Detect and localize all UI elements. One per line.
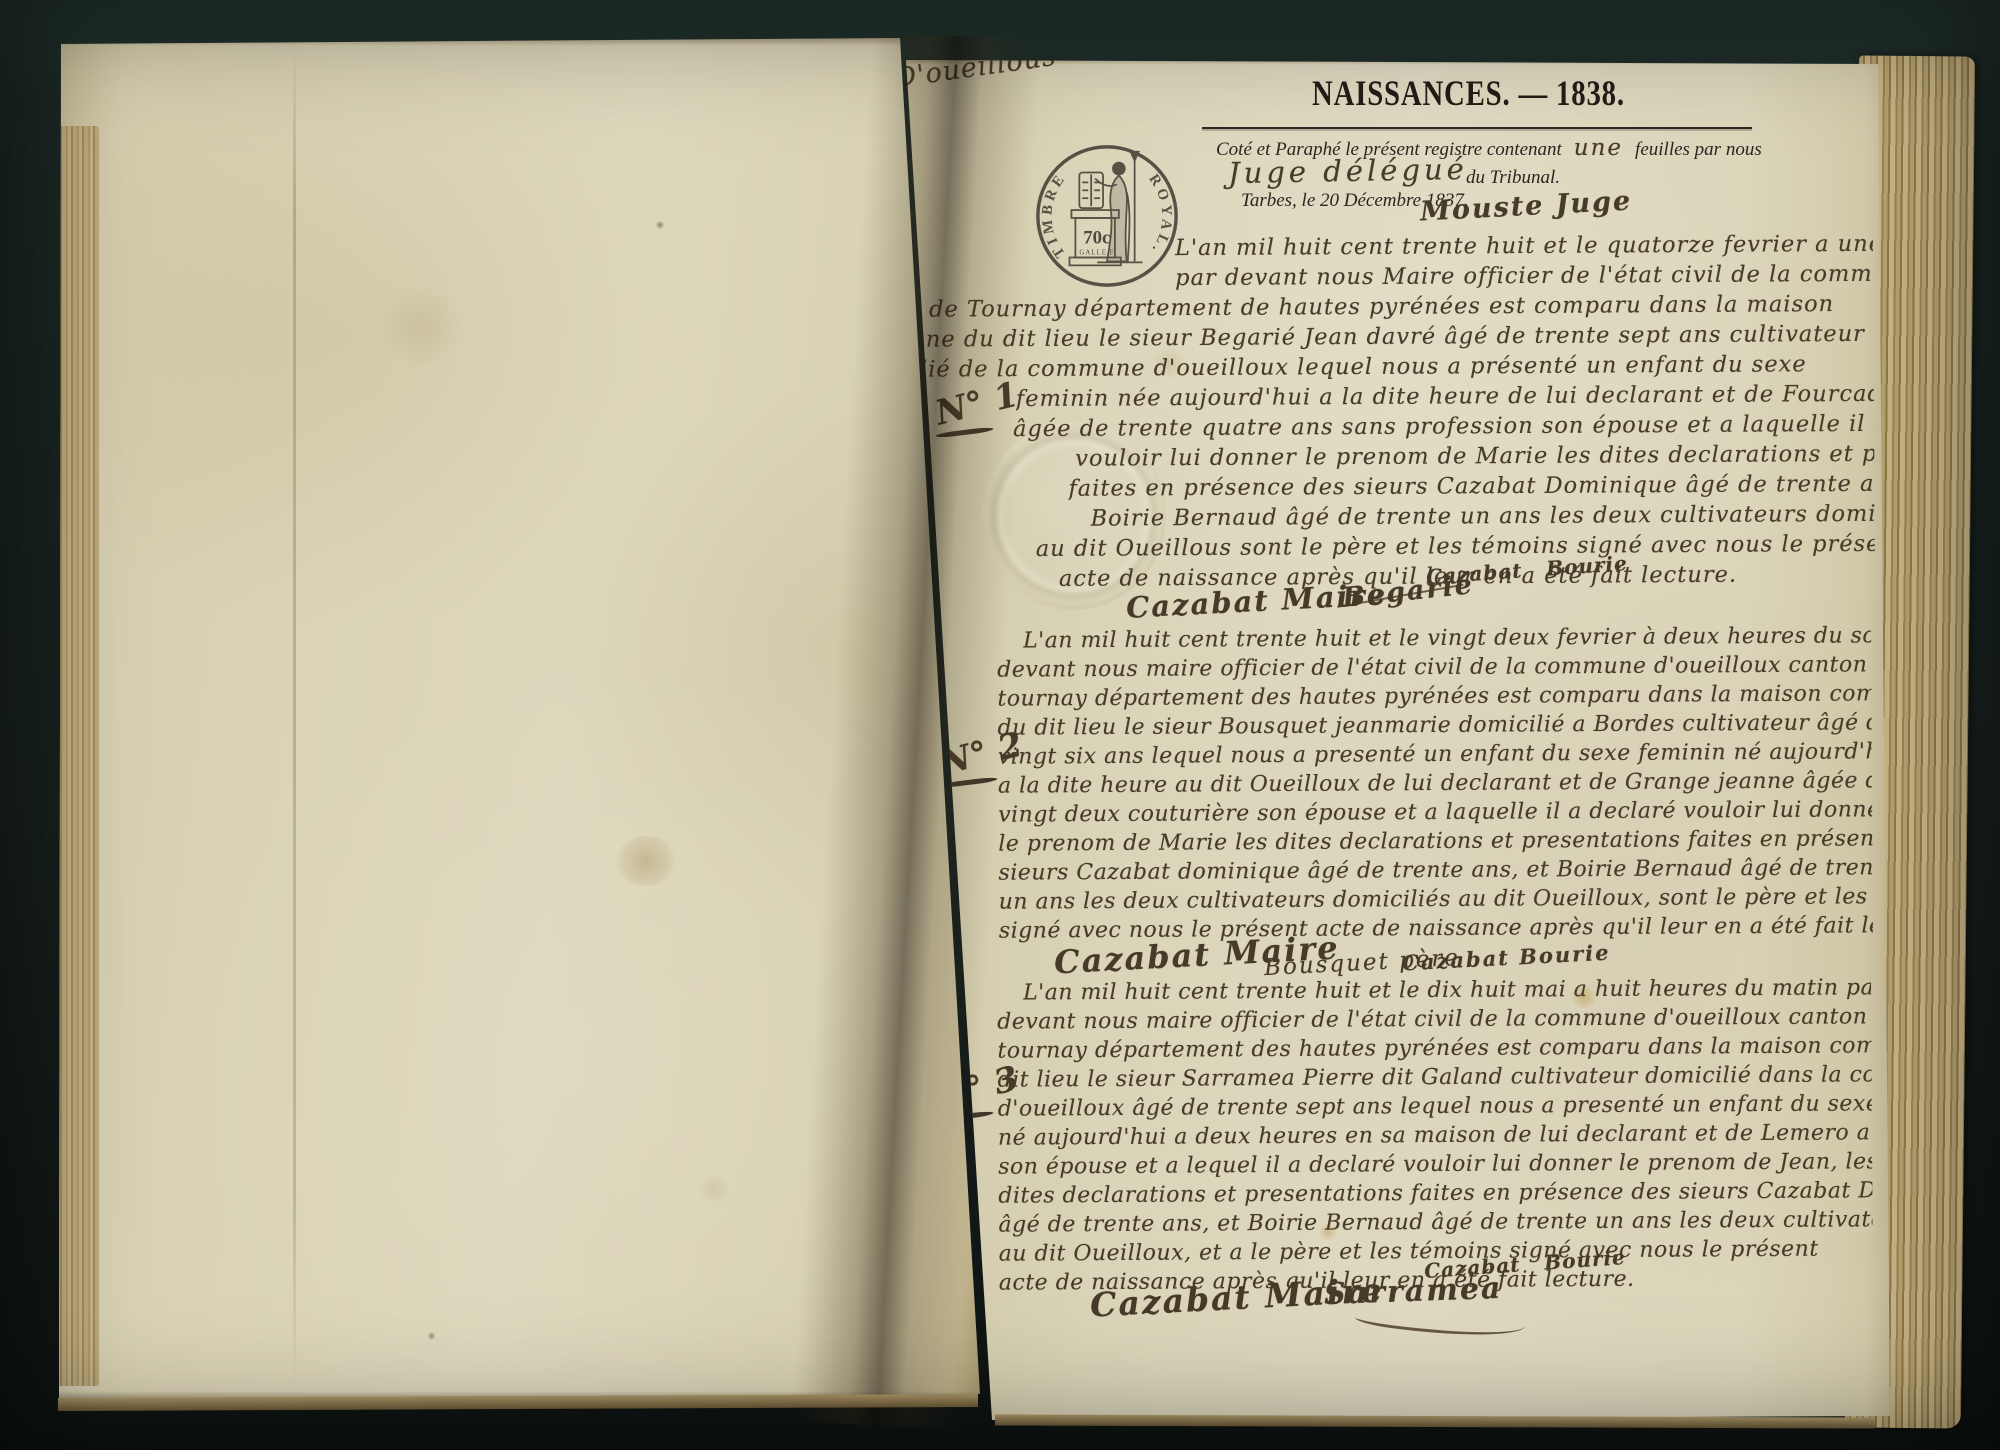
paper-stain — [697, 1176, 731, 1202]
judge-role-handwritten: Juge délégué — [1228, 152, 1468, 190]
certification-printed-text: feuilles par nous — [1635, 139, 1762, 161]
left-page-fold-line — [293, 46, 296, 1390]
manuscript-line: faites en présence des sieurs Cazabat Do… — [1068, 469, 1874, 504]
right-page-under-edge — [995, 1414, 1875, 1428]
paper-speck — [655, 221, 665, 229]
right-page-register: D'oueillous NAISSANCES. — 1838. Coté et … — [820, 48, 1970, 1426]
left-page-edge-stack — [57, 126, 99, 1386]
commune-label-handwritten: D'oueillous — [893, 41, 1059, 94]
manuscript-line: L'an mil huit cent trente huit et le qua… — [1175, 229, 1873, 263]
paper-speck — [427, 1332, 436, 1340]
birth-entry-2: L'an mil huit cent trente huit et le vin… — [997, 621, 1873, 956]
sheet-count-handwritten: une — [1574, 135, 1623, 161]
entry-3-father-signature: Sarramea — [1323, 1271, 1503, 1312]
paper-stain — [615, 836, 677, 886]
register-book-scan: D'oueillous NAISSANCES. — 1838. Coté et … — [0, 0, 2000, 1450]
left-page-blank — [55, 36, 980, 1400]
left-page-under-edge — [58, 1394, 978, 1411]
manuscript-line: Boirie Bernaud âgé de trente un ans les … — [1091, 499, 1875, 534]
tribunal-printed-text: du Tribunal. — [1466, 167, 1560, 189]
birth-entry-1: L'an mil huit cent trente huit et le qua… — [837, 229, 1875, 607]
manuscript-line: au dit Oueillous sont le père et les tém… — [1036, 529, 1875, 564]
manuscript-line: vouloir lui donner le prenom de Marie le… — [1075, 439, 1874, 474]
manuscript-line: par devant nous Maire officier de l'état… — [1175, 259, 1873, 293]
paper-stain — [375, 286, 467, 366]
page-title: NAISSANCES. — 1838. — [1312, 72, 1625, 114]
header-rule — [1202, 127, 1752, 129]
